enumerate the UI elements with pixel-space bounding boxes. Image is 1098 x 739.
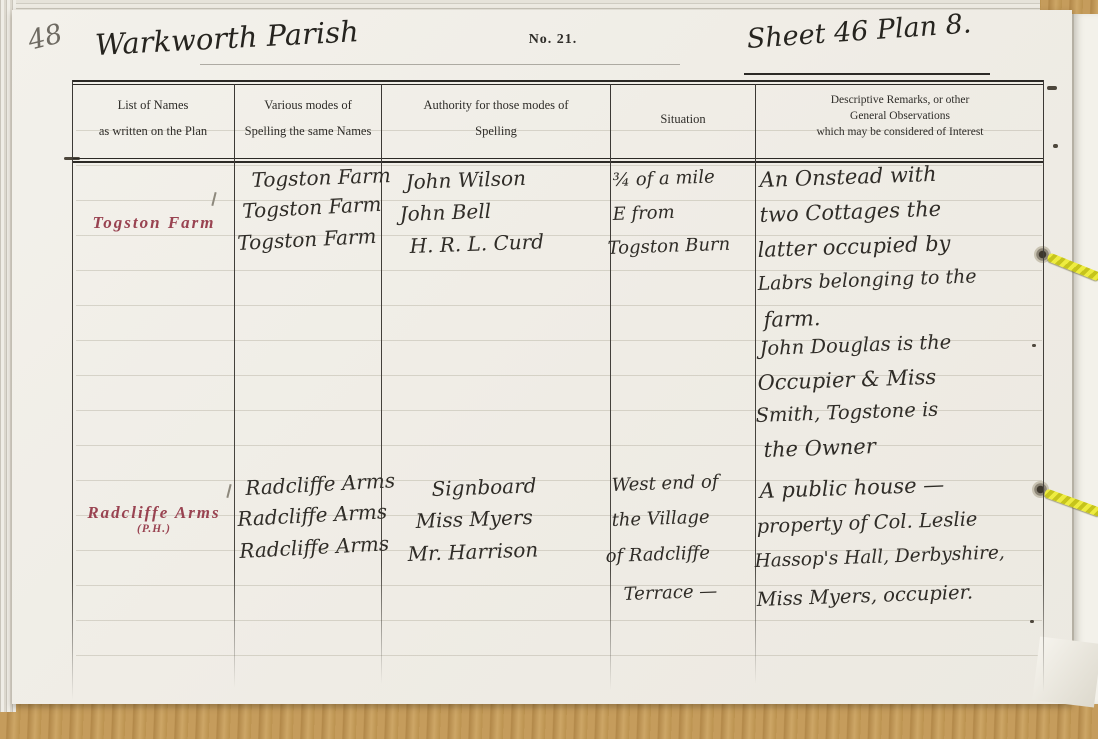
- column-header-line: Various modes of: [238, 92, 378, 118]
- situation-line: ¾ of a mile: [612, 166, 715, 191]
- column-header-line: Descriptive Remarks, or other: [759, 92, 1041, 108]
- column-header-line: Authority for those modes of: [385, 92, 607, 118]
- remarks-line: farm.: [763, 306, 821, 332]
- ink-speck: [1030, 620, 1034, 623]
- sheet-plan-underline: [744, 73, 990, 75]
- table-right-border: [1043, 80, 1044, 692]
- entry-name-note: (P.H.): [74, 523, 234, 535]
- remarks-line: the Owner: [763, 434, 876, 462]
- column-header-line: which may be considered of Interest: [759, 124, 1041, 140]
- authority-entry: John Bell: [399, 199, 491, 226]
- situation-line: E from: [612, 202, 675, 225]
- authority-entry: H. R. L. Curd: [409, 229, 544, 258]
- scanned-name-book-page: 48 Warkworth Parish No. 21. Sheet 46 Pla…: [0, 0, 1098, 739]
- wood-table-bottom: [0, 698, 1098, 739]
- header-faint-rule: [200, 64, 680, 65]
- book-number: No. 21.: [498, 27, 608, 53]
- ink-speck: [1047, 86, 1057, 90]
- situation-line: of Radcliffe: [605, 542, 710, 567]
- table-top-border-outer: [72, 80, 1043, 82]
- column-divider-1: [234, 84, 235, 688]
- authority-entry: Signboard: [431, 473, 537, 501]
- situation-line: West end of: [611, 471, 719, 496]
- entry-name-stamp: Togston Farm: [74, 213, 234, 233]
- situation-line: Togston Burn: [607, 234, 730, 259]
- authority-entry: John Wilson: [405, 166, 526, 194]
- authority-entry: Mr. Harrison: [407, 537, 538, 566]
- column-header-line: Spelling the same Names: [238, 118, 378, 144]
- column-header-line: Situation: [614, 106, 752, 132]
- ink-speck: [1053, 144, 1058, 148]
- column-header-remarks: Descriptive Remarks, or other General Ob…: [759, 92, 1041, 140]
- spelling-entry: Togston Farm: [251, 163, 391, 192]
- column-divider-3: [610, 84, 611, 690]
- column-header-authority: Authority for those modes of Spelling: [385, 92, 607, 144]
- column-header-situation: Situation: [614, 106, 752, 132]
- ink-speck: [1032, 344, 1036, 347]
- column-header-line: as written on the Plan: [77, 118, 229, 144]
- entry-name-stamp: Radcliffe Arms: [74, 503, 234, 523]
- column-header-line: List of Names: [77, 92, 229, 118]
- column-header-line: General Observations: [759, 108, 1041, 124]
- table-left-border: [72, 80, 73, 700]
- page-stack-right-edge: [1072, 14, 1098, 704]
- authority-entry: Miss Myers: [415, 505, 533, 533]
- column-header-names: List of Names as written on the Plan: [77, 92, 229, 144]
- situation-line: the Village: [611, 507, 710, 531]
- situation-line: Terrace —: [623, 581, 717, 605]
- header-bottom-border-inner: [72, 158, 1043, 159]
- column-header-line: Spelling: [385, 118, 607, 144]
- column-header-spelling-modes: Various modes of Spelling the same Names: [238, 92, 378, 144]
- table-top-border-inner: [72, 84, 1043, 85]
